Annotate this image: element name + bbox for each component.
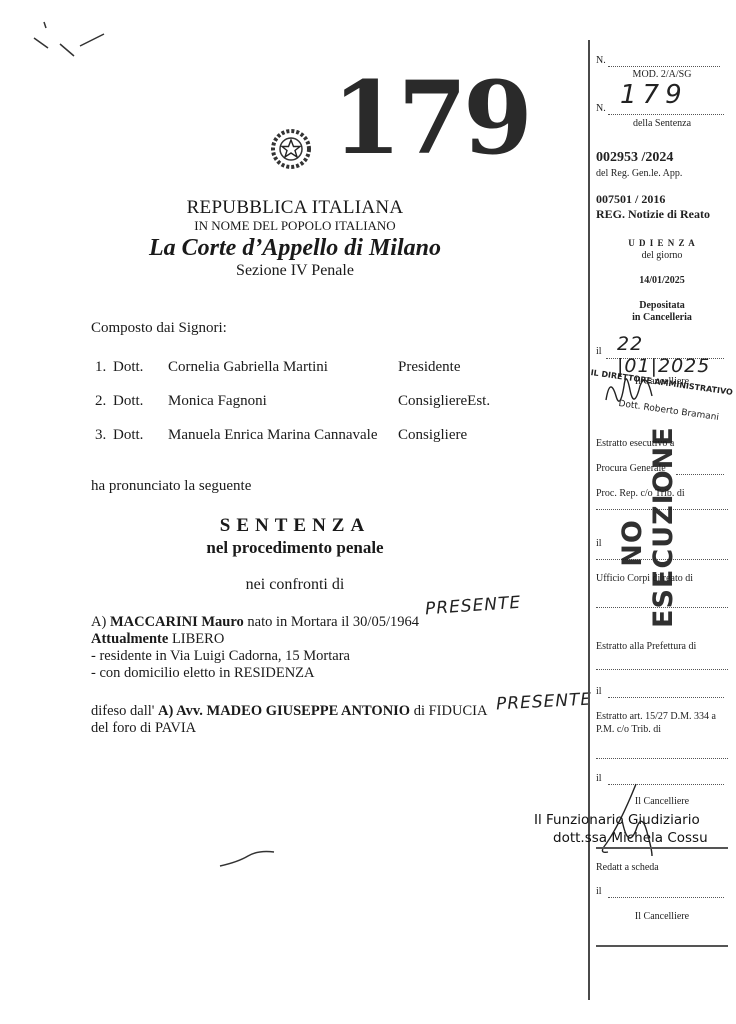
member-role: ConsigliereEst. (398, 393, 490, 410)
people-subheading: IN NOME DEL POPOLO ITALIANO (60, 218, 530, 234)
judgment-title: SENTENZA (60, 515, 530, 537)
member-title: Dott. (113, 427, 143, 444)
court-section: Sezione IV Penale (60, 262, 530, 280)
italian-republic-emblem-icon (270, 128, 312, 170)
member-number: 2. (95, 393, 106, 410)
general-register-label: del Reg. Gen.le. App. (596, 168, 728, 179)
article-extract-label: Estratto art. 15/27 D.M. 334 a (596, 711, 728, 722)
court-title: La Corte d’Appello di Milano (60, 235, 530, 262)
pm-trib-label: P.M. c/o Trib. di (596, 724, 728, 735)
signature-stroke (218, 848, 278, 870)
defendant-birth: nato in Mortara il 30/05/1964 (247, 614, 419, 630)
member-number: 1. (95, 359, 106, 376)
deposited-label: Depositata (596, 300, 728, 311)
defendant-status: Attualmente LIBERO (91, 631, 224, 648)
judgment-subtitle: nel procedimento penale (60, 538, 530, 558)
divider-line (596, 945, 728, 947)
hearing-date: 14/01/2025 (596, 275, 728, 286)
crime-register-label: REG. Notizie di Reato (596, 207, 728, 222)
handwritten-present-note: PRESENTE (424, 593, 521, 620)
deposited-label-2: in Cancelleria (596, 312, 728, 323)
no-execution-stamp: NO ESECUZIONE (617, 458, 663, 628)
sentence-number-stamp: 179 (332, 68, 529, 168)
divider-line (596, 847, 728, 849)
sentence-label: della Sentenza (596, 118, 728, 129)
prefecture-label: Estratto alla Prefettura di (596, 641, 728, 652)
general-register-number: 002953 /2024 (596, 150, 728, 166)
pronounced-text: ha pronunciato la seguente (91, 478, 251, 495)
crime-register-number: 007501 / 2016 (596, 192, 728, 207)
member-name: Monica Fagnoni (168, 393, 267, 410)
member-role: Presidente (398, 359, 460, 376)
il-field: il (596, 686, 728, 697)
panel-intro: Composto dai Signori: (91, 320, 227, 337)
defense-line: difeso dall' A) Avv. MADEO GIUSEPPE ANTO… (91, 703, 487, 720)
clerk-signature (600, 370, 660, 415)
handwritten-sentence-number: 179 (620, 80, 688, 110)
member-name: Manuela Enrica Marina Cannavale (168, 427, 378, 444)
defendant-name: MACCARINI Mauro (110, 614, 244, 630)
clerk-label-3: Il Cancelliere (596, 911, 728, 922)
handwritten-present-note: PRESENTE (496, 689, 593, 714)
model-code: MOD. 2/A/SG (596, 69, 728, 80)
member-title: Dott. (113, 393, 143, 410)
defendant-line: A) MACCARINI Mauro nato in Mortara il 30… (91, 614, 419, 631)
hearing-sub: del giorno (596, 250, 728, 261)
member-number: 3. (95, 427, 106, 444)
il-field: il (596, 886, 728, 897)
member-role: Consigliere (398, 427, 467, 444)
defense-bar: del foro di PAVIA (91, 720, 196, 737)
dotted-line (596, 757, 728, 759)
margin-divider (588, 40, 590, 1000)
lawyer-name: A) Avv. MADEO GIUSEPPE ANTONIO (158, 703, 410, 719)
republic-heading: REPUBBLICA ITALIANA (60, 197, 530, 219)
card-drafted-label: Redatt a scheda (596, 862, 728, 873)
hearing-label: U D I E N Z A (596, 238, 728, 248)
defendant-residence: - residente in Via Luigi Cadorna, 15 Mor… (91, 648, 350, 665)
member-name: Cornelia Gabriella Martini (168, 359, 328, 376)
member-title: Dott. (113, 359, 143, 376)
defendant-domicile: - con domicilio eletto in RESIDENZA (91, 665, 315, 682)
scribble-mark (30, 10, 110, 60)
against-text: nei confronti di (60, 576, 530, 594)
model-number-field: N. (596, 55, 728, 66)
dotted-line (596, 668, 728, 670)
